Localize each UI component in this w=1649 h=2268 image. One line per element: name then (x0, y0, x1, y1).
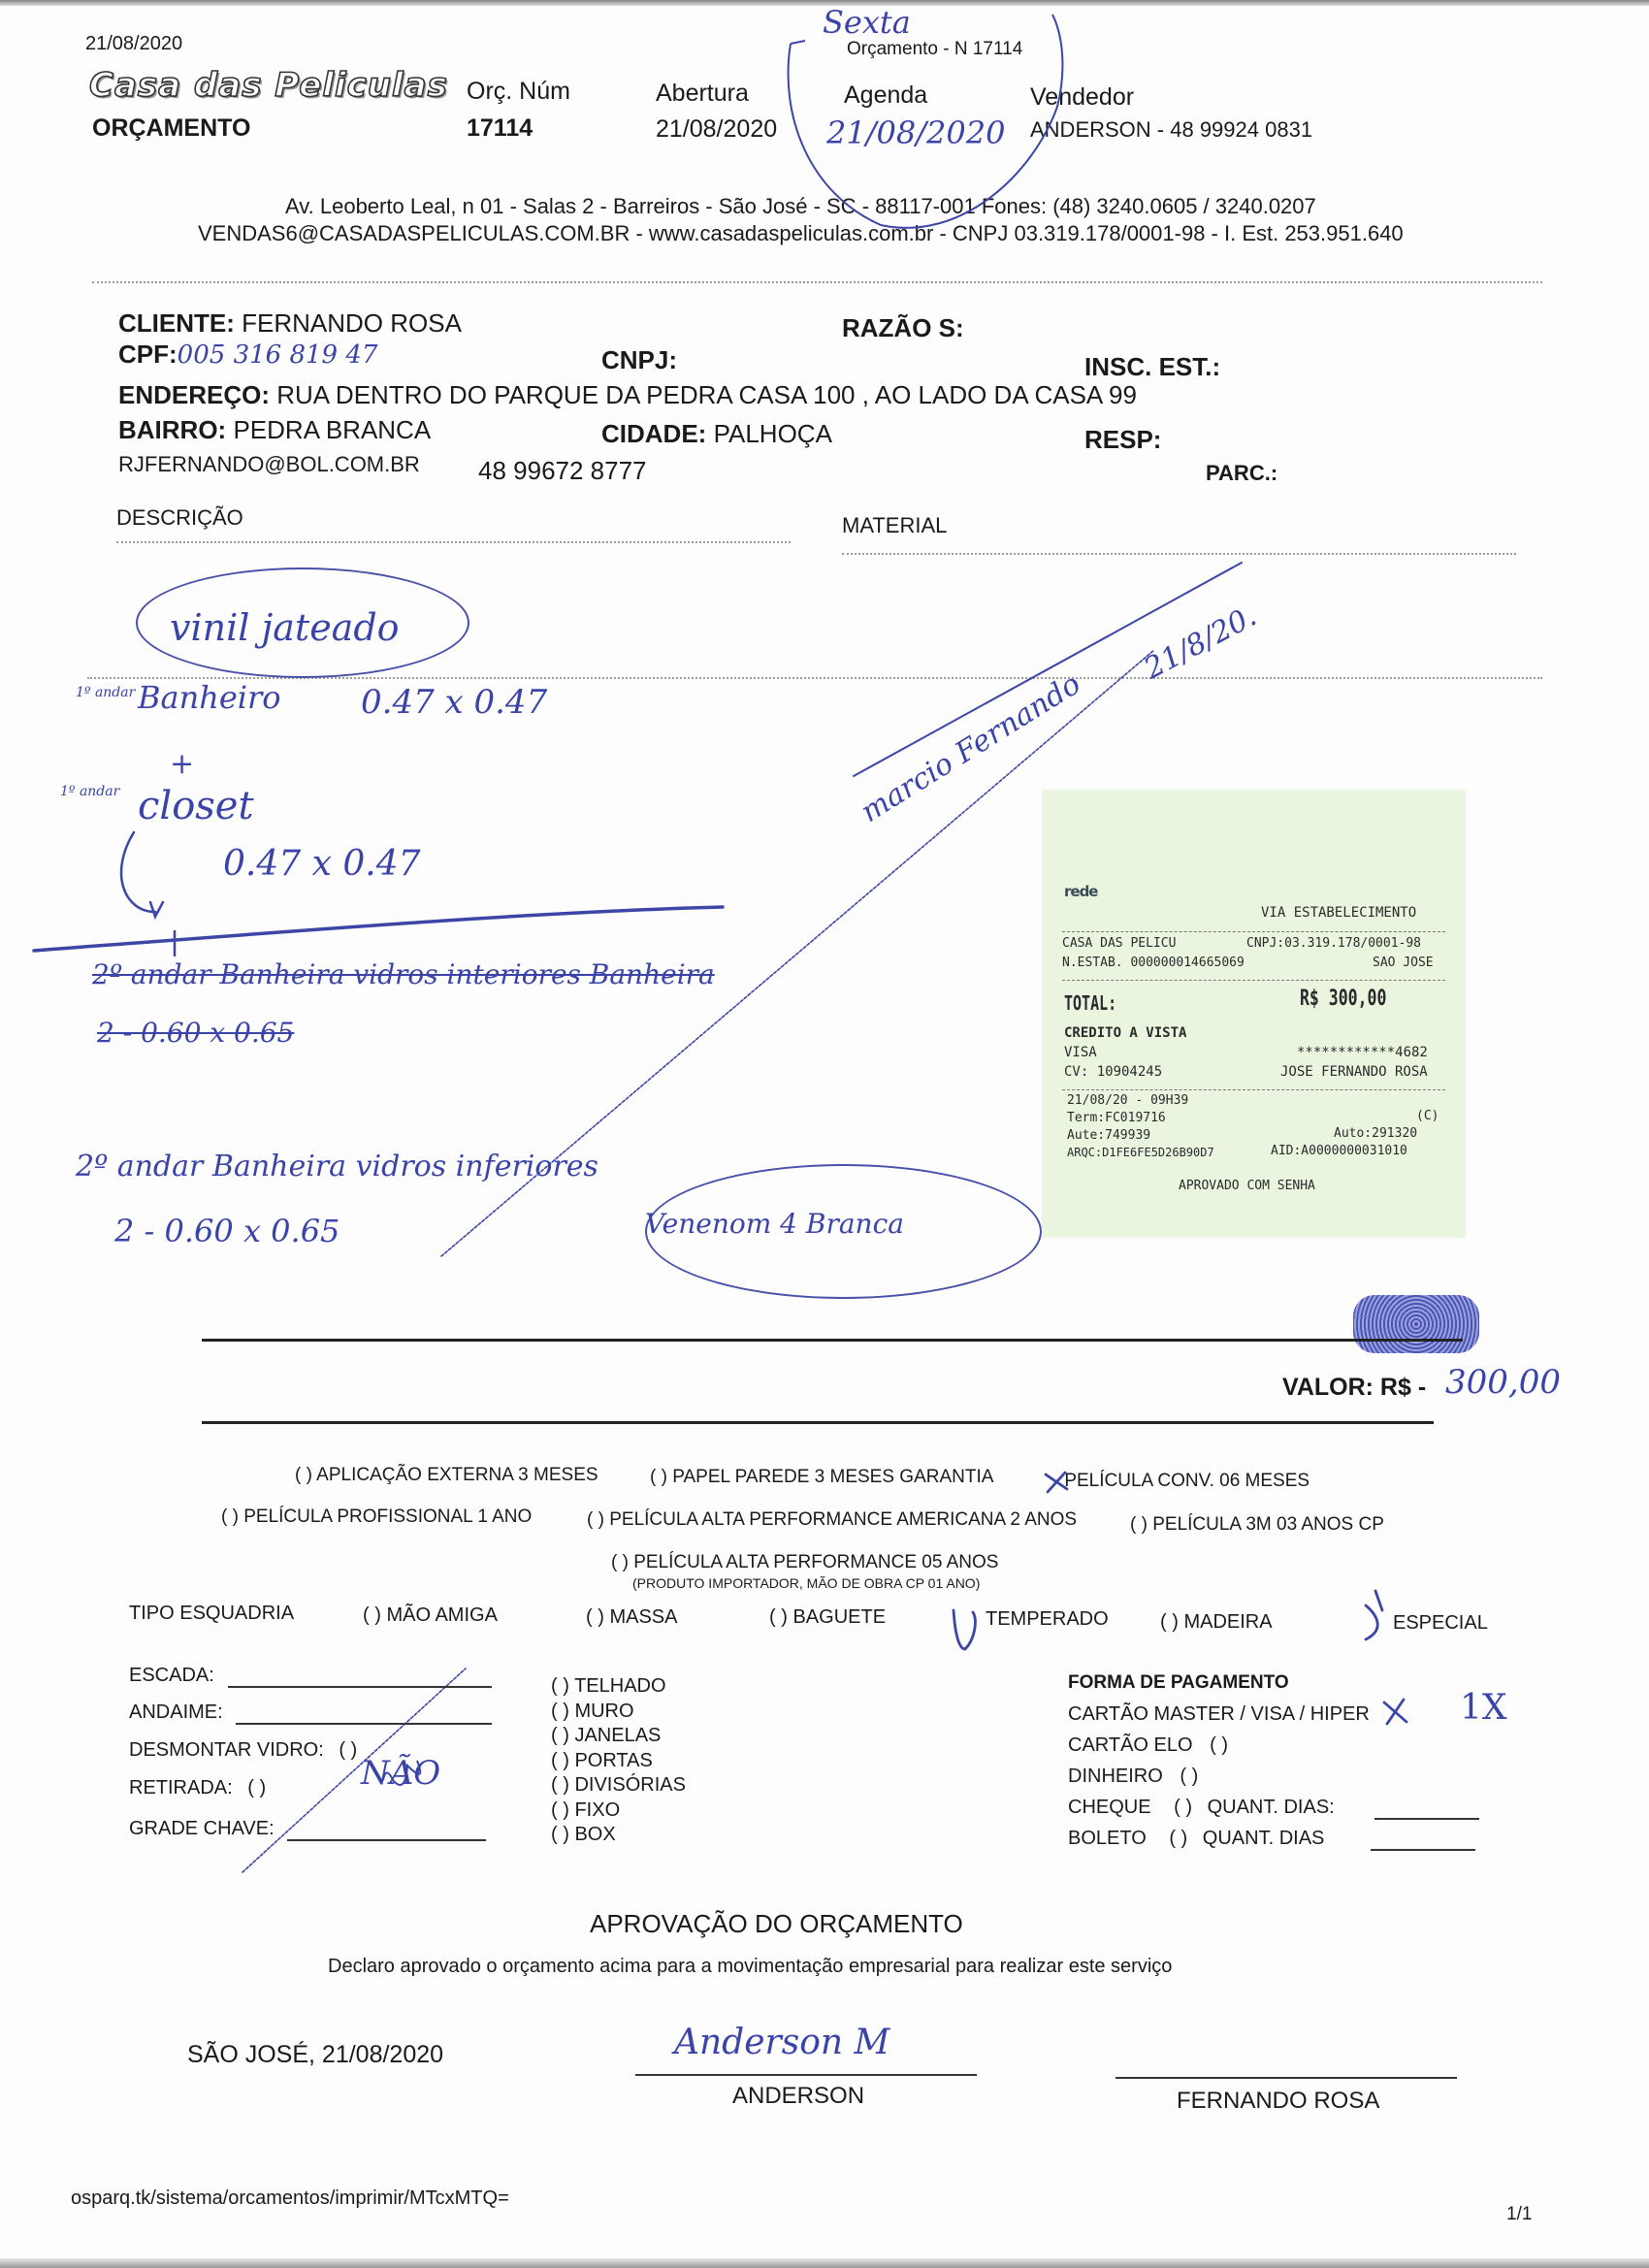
receipt-card-brand: VISA (1064, 1045, 1097, 1060)
option-aplicacao-externa[interactable]: ( ) APLICAÇÃO EXTERNA 3 MESES (295, 1465, 598, 1486)
receipt-holder: JOSE FERNANDO ROSA (1280, 1064, 1428, 1080)
andaime-field[interactable]: ANDAIME: (129, 1701, 223, 1724)
receipt-arqc: ARQC:D1FE6FE5D26B90D7 (1067, 1146, 1214, 1159)
receipt-cnpj: CNPJ:03.319.178/0001-98 (1246, 936, 1421, 951)
warranty-note: (PRODUTO IMPORTADOR, MÃO DE OBRA CP 01 A… (632, 1575, 980, 1591)
receipt-mode: (C) (1416, 1109, 1439, 1123)
payment-title: FORMA DE PAGAMENTO (1068, 1672, 1289, 1694)
payment-cartao-master[interactable]: CARTÃO MASTER / VISA / HIPER (1068, 1703, 1370, 1726)
option-papel-parede[interactable]: ( ) PAPEL PAREDE 3 MESES GARANTIA (650, 1467, 993, 1488)
receipt-cv: CV: 10904245 (1064, 1064, 1162, 1080)
esquadria-baguete[interactable]: ( ) BAGUETE (769, 1606, 886, 1629)
escada-field[interactable]: ESCADA: (129, 1665, 214, 1687)
esquadria-mao-amiga[interactable]: ( ) MÃO AMIGA (363, 1604, 498, 1627)
receipt-datetime: 21/08/20 - 09H39 (1067, 1093, 1188, 1108)
receipt-type: CREDITO A VISTA (1064, 1025, 1186, 1041)
payment-cheque[interactable]: CHEQUE ( ) QUANT. DIAS: (1068, 1797, 1335, 1819)
receipt-auto: Auto:291320 (1334, 1126, 1417, 1141)
option-pelicula-alta-05[interactable]: ( ) PELÍCULA ALTA PERFORMANCE 05 ANOS (611, 1552, 998, 1573)
payment-dinheiro[interactable]: DINHEIRO ( ) (1068, 1766, 1198, 1788)
location-fixo[interactable]: ( ) FIXO (551, 1798, 686, 1824)
andaime-line (236, 1723, 492, 1725)
location-telhado[interactable]: ( ) TELHADO (551, 1674, 686, 1700)
location-box[interactable]: ( ) BOX (551, 1823, 686, 1848)
divider (202, 1339, 1463, 1342)
valor-handwritten: 300,00 (1445, 1363, 1561, 1402)
receipt-total-label: TOTAL: (1064, 991, 1116, 1015)
seller-signature-line (635, 2074, 977, 2076)
arrow-curve (121, 832, 155, 912)
option-pelicula-3m[interactable]: ( ) PELÍCULA 3M 03 ANOS CP (1130, 1514, 1384, 1536)
handwritten-nao: NÃO (361, 1754, 440, 1793)
esquadria-especial[interactable]: ESPECIAL (1393, 1612, 1488, 1635)
scan-edge-bottom (0, 2258, 1649, 2268)
rede-logo: rede (1064, 883, 1097, 900)
grade-chave-field[interactable]: GRADE CHAVE: (129, 1818, 275, 1840)
retirada-field[interactable]: RETIRADA: ( ) (129, 1777, 266, 1799)
esquadria-massa[interactable]: ( ) MASSA (586, 1606, 677, 1629)
seller-name: ANDERSON (732, 2083, 864, 2110)
valor-label: VALOR: R$ - (1282, 1374, 1426, 1402)
esquadria-label: TIPO ESQUADRIA (129, 1603, 294, 1625)
receipt-term: Term:FC019716 (1067, 1111, 1166, 1125)
seller-signature: Anderson M (674, 2023, 889, 2062)
location-list: ( ) TELHADO ( ) MURO ( ) JANELAS ( ) POR… (551, 1674, 686, 1848)
scribble-mark (1353, 1295, 1479, 1353)
divider (202, 1421, 1434, 1424)
payment-cartao-elo[interactable]: CARTÃO ELO ( ) (1068, 1734, 1228, 1757)
receipt-merchant: CASA DAS PELICU (1062, 936, 1176, 951)
desmontar-vidro-field[interactable]: DESMONTAR VIDRO: ( ) (129, 1739, 357, 1762)
receipt-aid: AID:A0000000031010 (1271, 1144, 1407, 1158)
option-pelicula-profissional[interactable]: ( ) PELÍCULA PROFISSIONAL 1 ANO (221, 1507, 532, 1528)
option-pelicula-conv[interactable]: (X)PELÍCULA CONV. 06 MESES (1040, 1471, 1309, 1492)
payment-boleto[interactable]: BOLETO ( ) QUANT. DIAS (1068, 1828, 1324, 1850)
location-janelas[interactable]: ( ) JANELAS (551, 1724, 686, 1749)
receipt-city: SAO JOSE (1373, 956, 1434, 970)
grade-line (287, 1839, 486, 1841)
receipt-total-value: R$ 300,00 (1300, 987, 1386, 1011)
receipt-status: APROVADO COM SENHA (1179, 1179, 1315, 1193)
approval-place-date: SÃO JOSÉ, 21/08/2020 (187, 2041, 443, 2069)
receipt-card-number: ************4682 (1297, 1045, 1428, 1060)
receipt-estab: N.ESTAB. 000000014665069 (1062, 956, 1245, 970)
payment-installments-handwritten: 1X (1460, 1688, 1507, 1728)
location-portas[interactable]: ( ) PORTAS (551, 1749, 686, 1774)
card-receipt: rede VIA ESTABELECIMENTO CASA DAS PELICU… (1043, 791, 1465, 1237)
option-pelicula-alta-americana[interactable]: ( ) PELÍCULA ALTA PERFORMANCE AMERICANA … (587, 1509, 1077, 1531)
escada-line (228, 1686, 492, 1688)
approval-declaration: Declaro aprovado o orçamento acima para … (328, 1956, 1172, 1978)
location-muro[interactable]: ( ) MURO (551, 1700, 686, 1725)
page-number: 1/1 (1506, 2204, 1532, 2225)
boleto-days-line (1371, 1849, 1475, 1851)
esquadria-temperado[interactable]: TEMPERADO (986, 1608, 1109, 1631)
cheque-days-line (1374, 1818, 1479, 1820)
client-name: FERNANDO ROSA (1177, 2088, 1379, 2115)
receipt-aute: Aute:749939 (1067, 1128, 1150, 1143)
approval-title: APROVAÇÃO DO ORÇAMENTO (590, 1909, 963, 1939)
client-signature-line (1115, 2077, 1457, 2079)
location-divisorias[interactable]: ( ) DIVISÓRIAS (551, 1773, 686, 1798)
footer-url[interactable]: osparq.tk/sistema/orcamentos/imprimir/MT… (71, 2187, 509, 2210)
receipt-via: VIA ESTABELECIMENTO (1261, 905, 1416, 921)
esquadria-madeira[interactable]: ( ) MADEIRA (1160, 1611, 1273, 1634)
